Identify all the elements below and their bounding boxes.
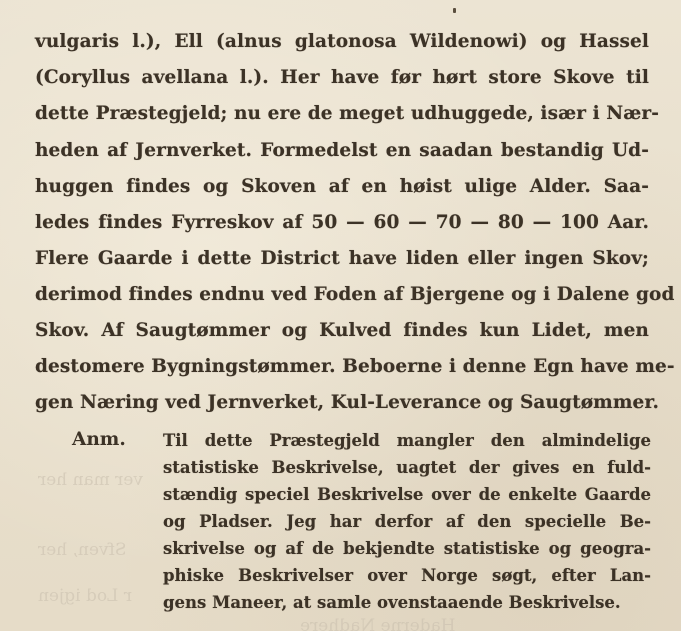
bleed-through-text: Haderne Nadhere <box>300 616 456 631</box>
note-line: phiske Beskrivelser over Norge søgt, eft… <box>163 565 651 587</box>
body-line: vulgaris l.), Ell (alnus glatonosa Wilde… <box>35 30 649 54</box>
body-line: (Coryllus avellana l.). Her have før hør… <box>35 66 649 90</box>
bleed-through-text: Sfven, her <box>38 540 127 560</box>
body-line: destomere Bygningstømmer. Beboerne i den… <box>35 355 649 379</box>
body-line: ledes findes Fyrreskov af 50 — 60 — 70 —… <box>35 211 649 235</box>
note-line: statistiske Beskrivelse, uagtet der give… <box>163 457 651 479</box>
body-line: Flere Gaarde i dette District have liden… <box>35 247 649 271</box>
body-line: dette Præstegjeld; nu ere de meget udhug… <box>35 102 649 126</box>
body-line: gen Næring ved Jernverket, Kul-Leverance… <box>35 391 649 415</box>
scanned-page: ver man her Sfven, her r Lod igjen Hader… <box>0 0 681 631</box>
body-line: Skov. Af Saugtømmer og Kulved findes kun… <box>35 319 649 343</box>
note-line: og Pladser. Jeg har derfor af den specie… <box>163 511 651 533</box>
note-line: Til dette Præstegjeld mangler den almind… <box>163 430 651 452</box>
bleed-through-text: r Lod igjen <box>38 586 132 606</box>
note-line: stændig speciel Beskrivelse over de enke… <box>163 484 651 506</box>
note-line: skrivelse og af de bekjendte statistiske… <box>163 538 651 560</box>
body-line: huggen findes og Skoven af en høist ulig… <box>35 175 649 199</box>
bleed-through-text: ver man her <box>38 470 143 490</box>
note-line: gens Maneer, at samle ovenstaaende Beskr… <box>163 592 651 614</box>
body-line: heden af Jernverket. Formedelst en saada… <box>35 139 649 163</box>
ink-speck <box>453 8 456 13</box>
body-line: derimod findes endnu ved Foden af Bjerge… <box>35 283 649 307</box>
note-label: Anm. <box>72 428 126 452</box>
